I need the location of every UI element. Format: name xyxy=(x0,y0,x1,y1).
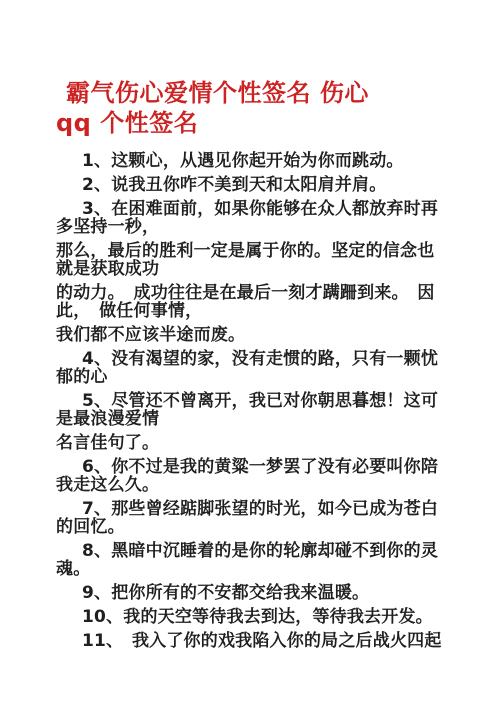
document-content: 霸气伤心爱情个性签名 伤心 qq 个性签名 1、这颗心，从遇见你起开始为你而跳动… xyxy=(0,0,500,650)
paragraph-line: 6、你不过是我的黄粱一梦罢了没有必要叫你陪 xyxy=(56,458,450,476)
paragraph-line: 那么，最后的胜利一定是属于你的。坚定的信念也 xyxy=(56,242,450,260)
paragraph: 8、黑暗中沉睡着的是你的轮廓却碰不到你的灵魂。 xyxy=(56,542,450,578)
paragraph-line: 我们都不应该半途而废。 xyxy=(56,326,450,344)
paragraph-line: 的动力。 成功往往是在最后一刻才蹒跚到来。 因 xyxy=(56,284,450,302)
page-title-line-2: qq 个性签名 xyxy=(56,108,450,138)
paragraph-line: 我走这么久。 xyxy=(56,476,450,494)
paragraph: 名言佳句了。 xyxy=(56,434,450,452)
page-title-line-1: 霸气伤心爱情个性签名 伤心 xyxy=(56,78,450,108)
paragraph: 2、说我丑你咋不美到天和太阳肩并肩。 xyxy=(56,176,450,194)
paragraph-line: 郁的心 xyxy=(56,368,450,386)
paragraph-line: 2、说我丑你咋不美到天和太阳肩并肩。 xyxy=(56,176,450,194)
document-page: 霸气伤心爱情个性签名 伤心 qq 个性签名 1、这颗心，从遇见你起开始为你而跳动… xyxy=(0,0,500,708)
paragraph-line: 魂。 xyxy=(56,560,450,578)
paragraph-line: 7、那些曾经踮脚张望的时光，如今已成为苍白 xyxy=(56,500,450,518)
paragraph-line: 名言佳句了。 xyxy=(56,434,450,452)
paragraph: 5、尽管还不曾离开，我已对你朝思暮想！这可是最浪漫爱情 xyxy=(56,392,450,428)
paragraph-line: 4、没有渴望的家，没有走惯的路，只有一颗忧 xyxy=(56,350,450,368)
paragraph: 3、在困难面前，如果你能够在众人都放弃时再多坚持一秒， xyxy=(56,200,450,236)
paragraph-line: 5、尽管还不曾离开，我已对你朝思暮想！这可 xyxy=(56,392,450,410)
paragraph: 10、我的天空等待我去到达，等待我去开发。 xyxy=(56,608,450,626)
paragraph-line: 3、在困难面前，如果你能够在众人都放弃时再 xyxy=(56,200,450,218)
paragraph-line: 的回忆。 xyxy=(56,518,450,536)
paragraph: 9、把你所有的不安都交给我来温暖。 xyxy=(56,584,450,602)
paragraph-line: 11、 我入了你的戏我陷入你的局之后战火四起 xyxy=(56,632,450,650)
page-title: 霸气伤心爱情个性签名 伤心 qq 个性签名 xyxy=(56,78,450,138)
paragraph-line: 此， 做任何事情， xyxy=(56,302,450,320)
paragraph: 6、你不过是我的黄粱一梦罢了没有必要叫你陪我走这么久。 xyxy=(56,458,450,494)
paragraph: 我们都不应该半途而废。 xyxy=(56,326,450,344)
paragraph: 的动力。 成功往往是在最后一刻才蹒跚到来。 因此， 做任何事情， xyxy=(56,284,450,320)
paragraph-line: 8、黑暗中沉睡着的是你的轮廓却碰不到你的灵 xyxy=(56,542,450,560)
paragraph: 7、那些曾经踮脚张望的时光，如今已成为苍白的回忆。 xyxy=(56,500,450,536)
paragraph-line: 是最浪漫爱情 xyxy=(56,410,450,428)
paragraph-line: 就是获取成功 xyxy=(56,260,450,278)
paragraph-line: 9、把你所有的不安都交给我来温暖。 xyxy=(56,584,450,602)
paragraph: 1、这颗心，从遇见你起开始为你而跳动。 xyxy=(56,152,450,170)
paragraph-line: 10、我的天空等待我去到达，等待我去开发。 xyxy=(56,608,450,626)
paragraph-line: 1、这颗心，从遇见你起开始为你而跳动。 xyxy=(56,152,450,170)
paragraph: 4、没有渴望的家，没有走惯的路，只有一颗忧郁的心 xyxy=(56,350,450,386)
paragraph: 11、 我入了你的戏我陷入你的局之后战火四起 xyxy=(56,632,450,650)
paragraph: 那么，最后的胜利一定是属于你的。坚定的信念也就是获取成功 xyxy=(56,242,450,278)
paragraph-line: 多坚持一秒， xyxy=(56,218,450,236)
body-paragraphs: 1、这颗心，从遇见你起开始为你而跳动。2、说我丑你咋不美到天和太阳肩并肩。3、在… xyxy=(56,152,450,650)
